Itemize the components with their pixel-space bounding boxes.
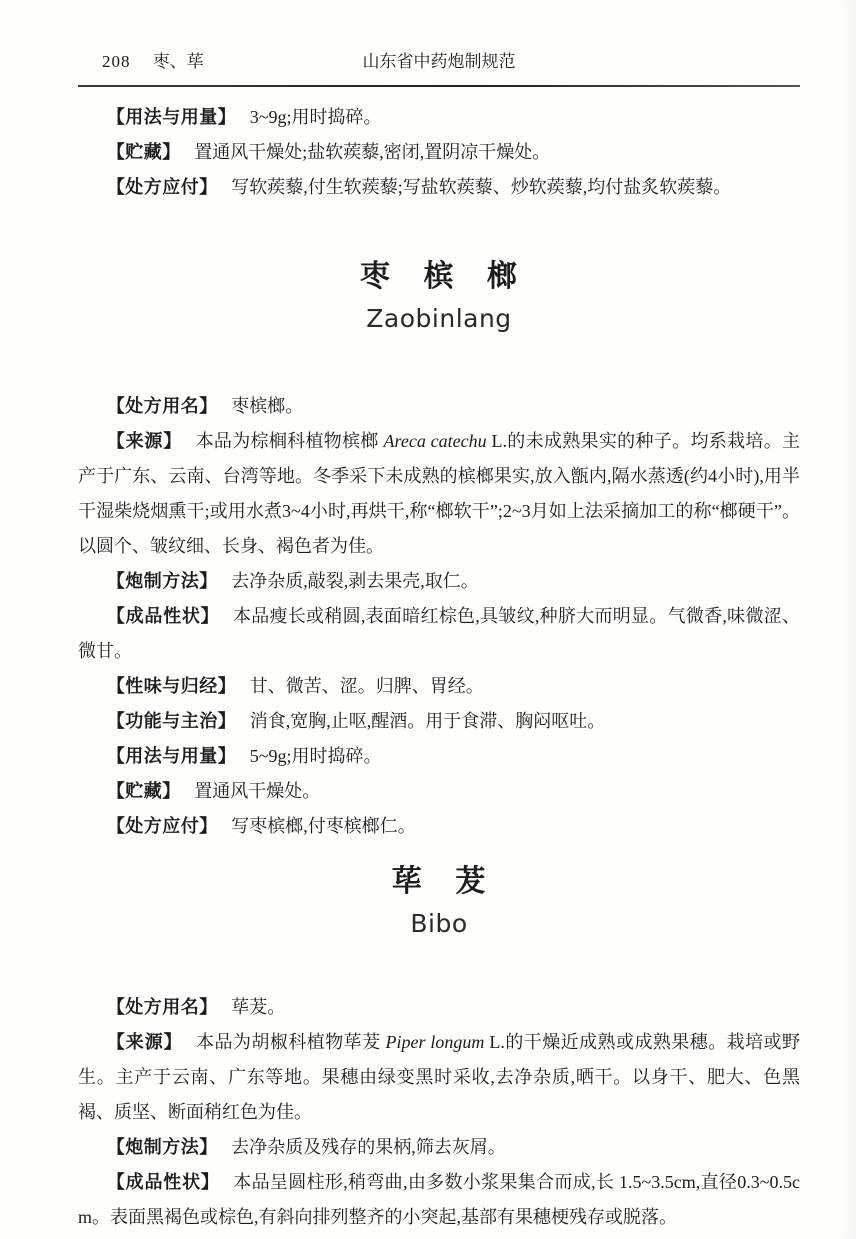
- entry-heading: 枣 槟 榔 Zaobinlang: [78, 255, 800, 335]
- section-paragraph: 【用法与用量】5~9g;用时捣碎。: [78, 739, 800, 774]
- section-text: 荜茇。: [231, 997, 285, 1017]
- section-text: 置通风干燥处。: [194, 781, 320, 801]
- section-text: 枣槟榔。: [231, 396, 303, 416]
- latin-binomial: Areca catechu: [384, 431, 487, 451]
- section-text: 本品为棕榈科植物槟榔: [196, 431, 384, 451]
- section-paragraph: 【成品性状】本品呈圆柱形,稍弯曲,由多数小浆果集合而成,长 1.5~3.5cm,…: [78, 1165, 800, 1235]
- section-paragraph: 【贮藏】置通风干燥处;盐软蒺藜,密闭,置阴凉干燥处。: [78, 135, 800, 170]
- section-text: 甘、微苦、涩。归脾、胃经。: [250, 676, 484, 696]
- section-label: 【用法与用量】: [107, 746, 237, 766]
- entry-heading: 荜 茇 Bibo: [78, 860, 800, 940]
- section-label: 【成品性状】: [107, 606, 220, 626]
- section-label: 【处方应付】: [107, 177, 218, 197]
- running-title: 枣、荜: [153, 52, 204, 71]
- section-paragraph: 【炮制方法】去净杂质,敲裂,剥去果壳,取仁。: [78, 564, 800, 599]
- section-paragraph: 【功能与主治】消食,宽胸,止呕,醒酒。用于食滞、胸闷呕吐。: [78, 704, 800, 739]
- section-label: 【贮藏】: [107, 781, 181, 801]
- section-paragraph: 【处方应付】写枣槟榔,付枣槟榔仁。: [78, 809, 800, 844]
- section-label: 【来源】: [107, 431, 182, 451]
- section-paragraph: 【成品性状】本品瘦长或稍圆,表面暗红棕色,具皱纹,种脐大而明显。气微香,味微涩、…: [78, 599, 800, 669]
- section-label: 【成品性状】: [107, 1172, 220, 1192]
- section-text: 5~9g;用时捣碎。: [250, 746, 382, 766]
- section-paragraph: 【处方用名】枣槟榔。: [78, 389, 800, 424]
- page-header: 208 枣、荜 山东省中药炮制规范: [78, 0, 800, 74]
- section-text: 去净杂质,敲裂,剥去果壳,取仁。: [231, 571, 479, 591]
- section-text: 置通风干燥处;盐软蒺藜,密闭,置阴凉干燥处。: [194, 142, 550, 162]
- section-label: 【用法与用量】: [107, 107, 237, 127]
- section-text: 3~9g;用时捣碎。: [250, 107, 382, 127]
- entry-title: 枣 槟 榔: [78, 255, 800, 299]
- section-label: 【功能与主治】: [107, 711, 237, 731]
- section-label: 【处方用名】: [107, 396, 218, 416]
- section-label: 【处方应付】: [107, 816, 218, 836]
- section-label: 【贮藏】: [107, 142, 181, 162]
- entry-pinyin: Bibo: [78, 908, 800, 940]
- section-text: 消食,宽胸,止呕,醒酒。用于食滞、胸闷呕吐。: [250, 711, 606, 731]
- section-text: 本品为胡椒科植物荜茇: [196, 1032, 385, 1052]
- section-text: 写枣槟榔,付枣槟榔仁。: [231, 816, 416, 836]
- section-text: 写软蒺藜,付生软蒺藜;写盐软蒺藜、炒软蒺藜,均付盐炙软蒺藜。: [231, 177, 731, 197]
- section-label: 【炮制方法】: [107, 571, 218, 591]
- section-label: 【炮制方法】: [107, 1137, 218, 1157]
- section-paragraph: 【处方用名】荜茇。: [78, 990, 800, 1025]
- section-paragraph: 【炮制方法】去净杂质及残存的果柄,筛去灰屑。: [78, 1130, 800, 1165]
- page: 208 枣、荜 山东省中药炮制规范 【用法与用量】3~9g;用时捣碎。 【贮藏】…: [0, 0, 856, 1239]
- page-content: 208 枣、荜 山东省中药炮制规范 【用法与用量】3~9g;用时捣碎。 【贮藏】…: [78, 0, 800, 1235]
- latin-binomial: Piper longum: [386, 1032, 485, 1052]
- section-label: 【来源】: [107, 1032, 183, 1052]
- section-paragraph: 【性味与归经】甘、微苦、涩。归脾、胃经。: [78, 669, 800, 704]
- section-paragraph: 【来源】本品为胡椒科植物荜茇 Piper longum L.的干燥近成熟或成熟果…: [78, 1025, 800, 1130]
- page-body: 【用法与用量】3~9g;用时捣碎。 【贮藏】置通风干燥处;盐软蒺藜,密闭,置阴凉…: [78, 87, 800, 1235]
- section-label: 【处方用名】: [107, 997, 218, 1017]
- section-text: 去净杂质及残存的果柄,筛去灰屑。: [231, 1137, 506, 1157]
- section-label: 【性味与归经】: [107, 676, 237, 696]
- entry-pinyin: Zaobinlang: [78, 303, 800, 335]
- section-paragraph: 【处方应付】写软蒺藜,付生软蒺藜;写盐软蒺藜、炒软蒺藜,均付盐炙软蒺藜。: [78, 170, 800, 205]
- section-paragraph: 【贮藏】置通风干燥处。: [78, 774, 800, 809]
- section-paragraph: 【来源】本品为棕榈科植物槟榔 Areca catechu L.的未成熟果实的种子…: [78, 424, 800, 564]
- section-paragraph: 【用法与用量】3~9g;用时捣碎。: [78, 100, 800, 135]
- book-title: 山东省中药炮制规范: [363, 50, 516, 74]
- entry-title: 荜 茇: [78, 860, 800, 904]
- page-number: 208: [102, 52, 131, 71]
